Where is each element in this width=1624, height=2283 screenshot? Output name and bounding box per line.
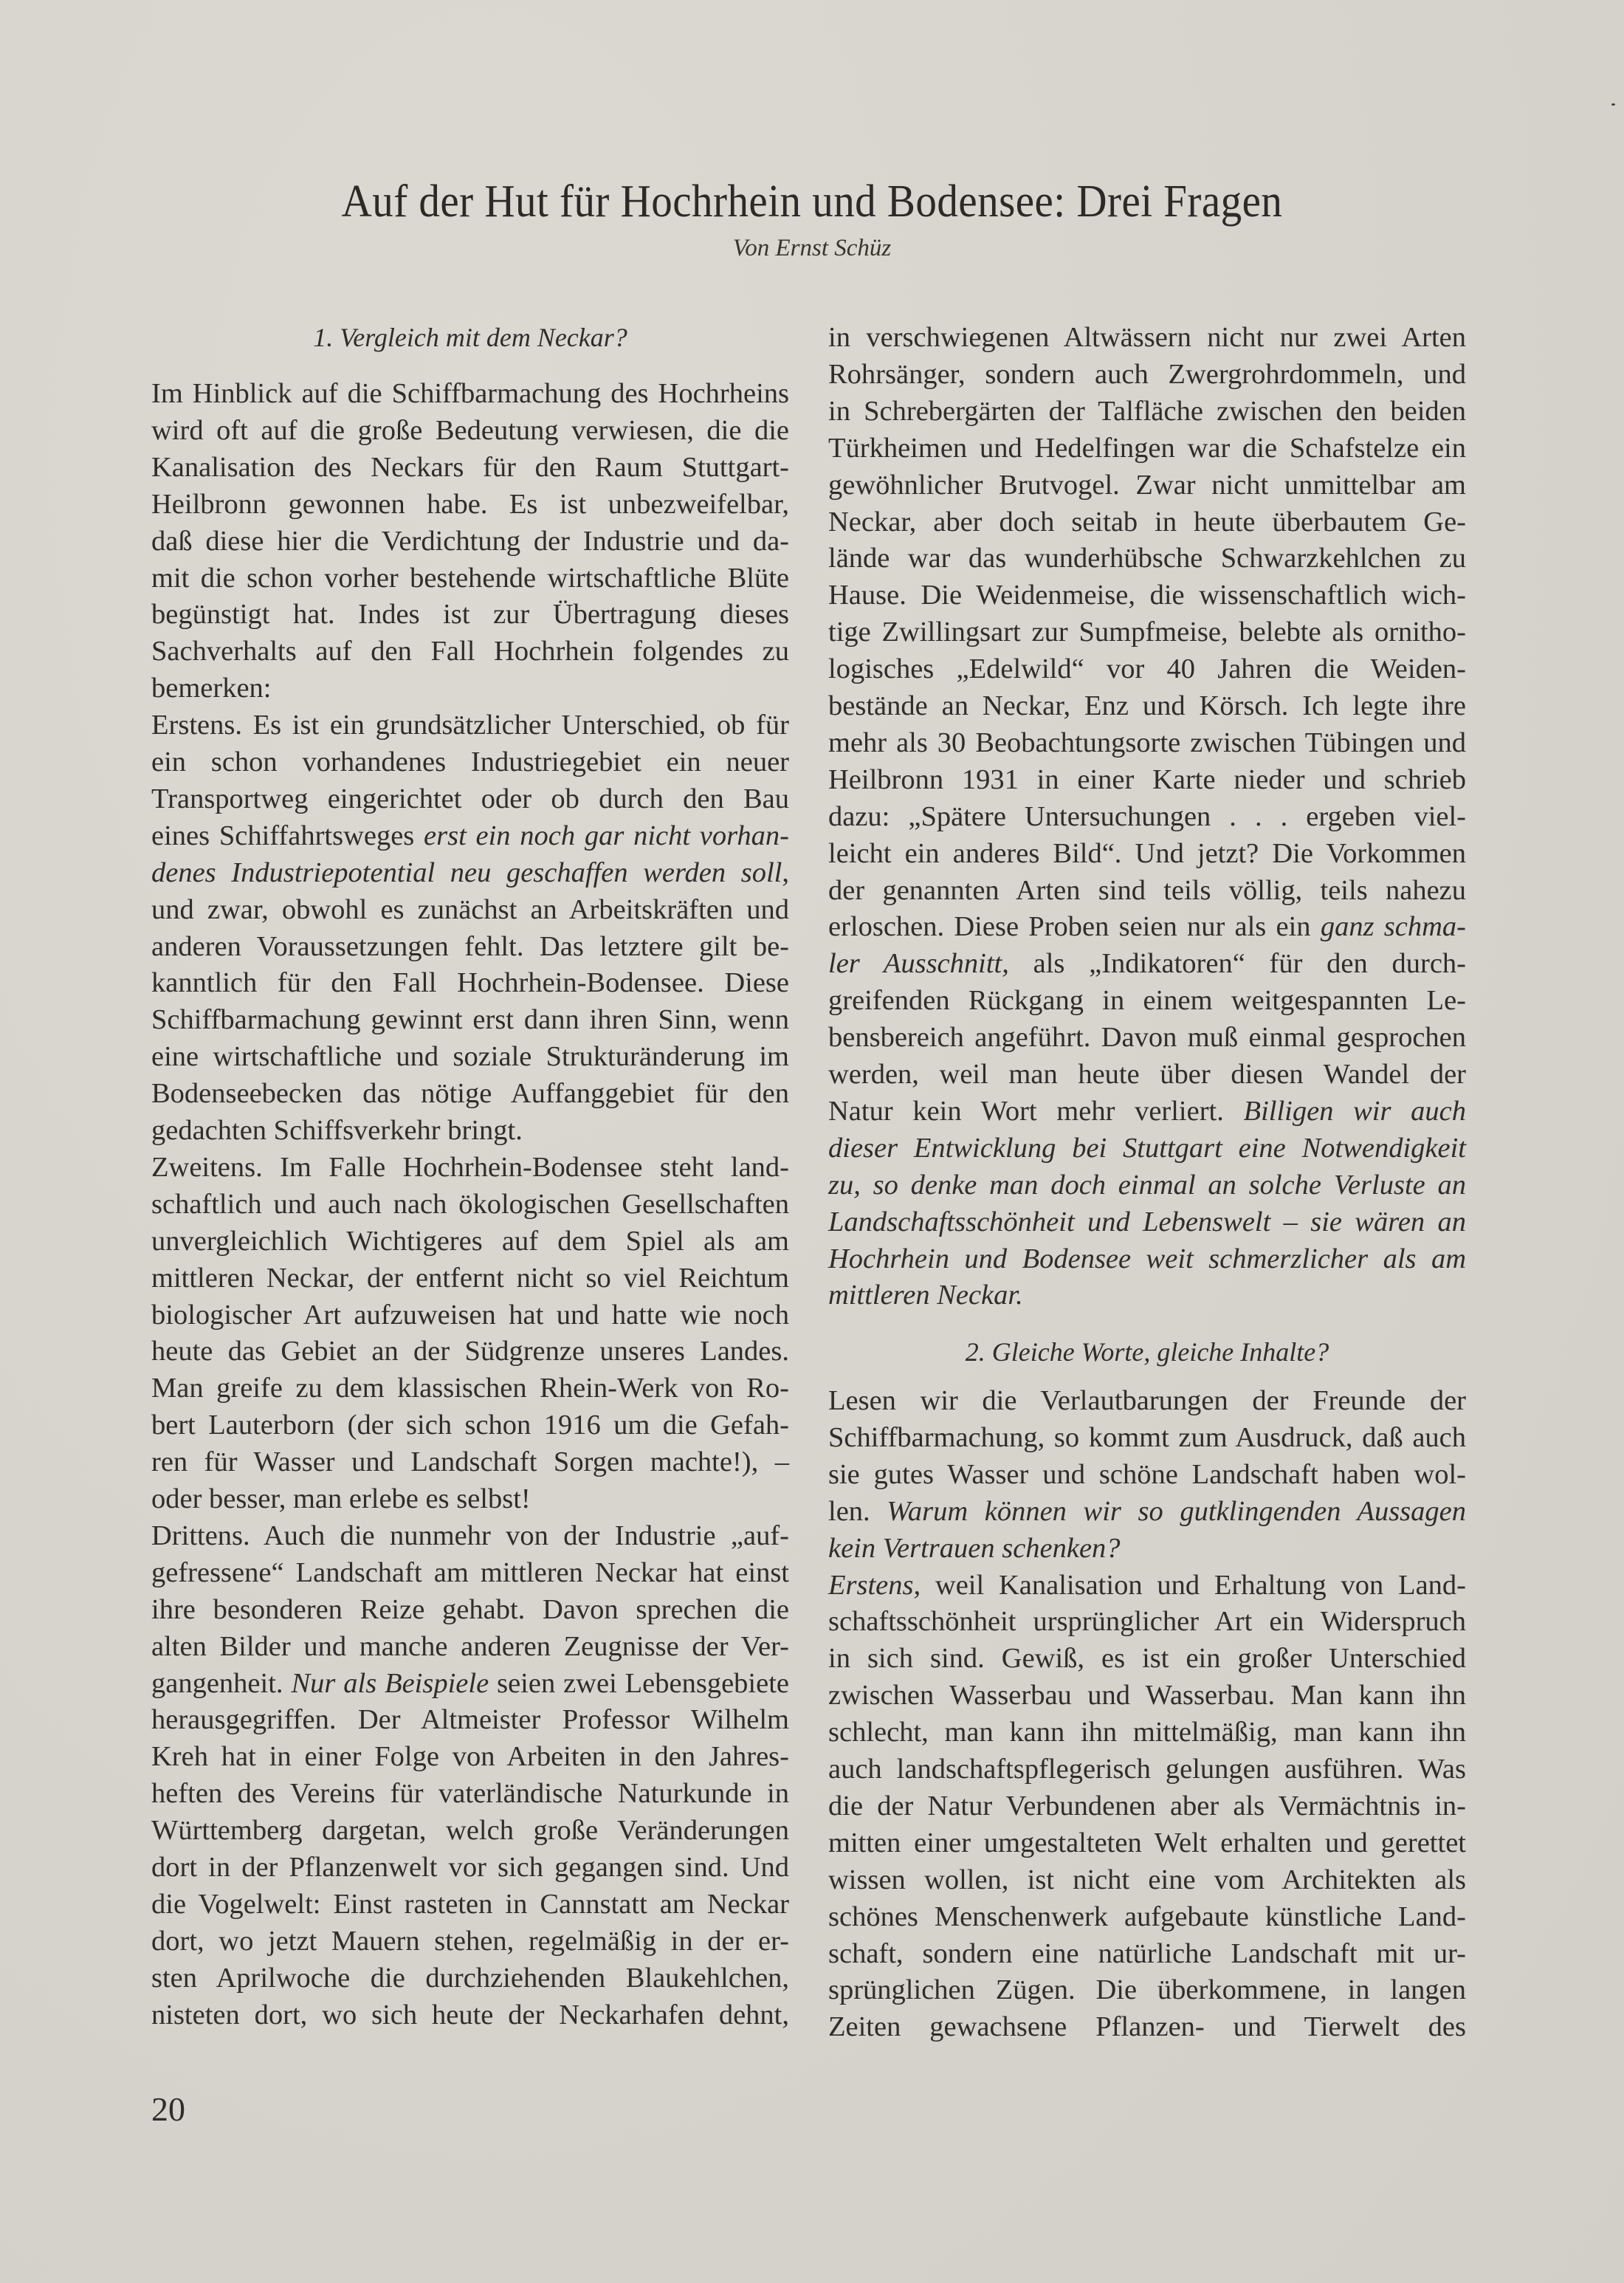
emphasis-text: Erstens, — [828, 1570, 921, 1601]
body-line: ler Ausschnitt, als „Indikatoren“ für de… — [828, 945, 1466, 982]
body-line: Transportweg eingerichtet oder ob durch … — [151, 780, 789, 817]
body-line: leicht ein anderes Bild“. Und jetzt? Die… — [828, 835, 1466, 872]
body-line: Heilbronn 1931 in einer Karte nieder und… — [828, 761, 1466, 798]
body-line: mittleren Neckar, der entfernt nicht so … — [151, 1260, 789, 1297]
emphasis-text: zu, so denke man doch einmal an solche V… — [828, 1170, 1466, 1201]
body-line: eine wirtschaftliche und soziale Struktu… — [151, 1038, 789, 1075]
emphasis-text: denes Industriepotential neu geschaffen … — [151, 857, 782, 888]
body-line: len. Warum können wir so gutklingenden A… — [828, 1493, 1466, 1530]
body-line: die der Natur Verbundenen aber als Vermä… — [828, 1788, 1466, 1824]
section-heading-2: 2. Gleiche Worte, gleiche Inhalte? — [828, 1333, 1466, 1370]
body-line: dazu: „Spätere Untersuchungen . . . erge… — [828, 798, 1466, 835]
body-line: Zweitens. Im Falle Hochrhein-Bodensee st… — [151, 1149, 789, 1186]
body-line: Hochrhein und Bodensee weit schmerzliche… — [828, 1240, 1466, 1277]
emphasis-text: ganz schma- — [1321, 911, 1466, 942]
body-line: Sachverhalts auf den Fall Hochrhein folg… — [151, 633, 789, 670]
body-line: erloschen. Diese Proben seien nur als ei… — [828, 908, 1466, 945]
body-line: Man greife zu dem klassischen Rhein-Werk… — [151, 1370, 789, 1407]
body-line: eines Schiffahrtsweges erst ein noch gar… — [151, 817, 789, 854]
body-line: in sich sind. Gewiß, es ist ein großer U… — [828, 1640, 1466, 1677]
emphasis-text: Landschaftsschönheit und Lebenswelt – si… — [828, 1206, 1466, 1237]
body-line: Kreh hat in einer Folge von Arbeiten in … — [151, 1738, 789, 1775]
body-line: zwischen Wasserbau und Wasserbau. Man ka… — [828, 1677, 1466, 1714]
body-line: oder besser, man erlebe es selbst! — [151, 1480, 789, 1517]
body-line: heften des Vereins für vaterländische Na… — [151, 1775, 789, 1812]
emphasis-text: kein Vertrauen schenken? — [828, 1533, 1121, 1564]
emphasis-text: Warum können wir so gutklingenden Aussag… — [887, 1496, 1466, 1527]
body-line: logisches „Edelwild“ vor 40 Jahren die W… — [828, 650, 1466, 687]
body-line: schaftsschönheit ursprünglicher Art ein … — [828, 1603, 1466, 1640]
emphasis-text: erst ein noch gar nicht vorhan- — [424, 820, 789, 851]
body-line: nisteten dort, wo sich heute der Neckarh… — [151, 1997, 789, 2033]
body-line: in Schrebergärten der Talfläche zwischen… — [828, 393, 1466, 430]
body-line: tige Zwillingsart zur Sumpfmeise, belebt… — [828, 614, 1466, 650]
article-title: Auf der Hut für Hochrhein und Bodensee: … — [65, 176, 1559, 228]
body-line: Zeiten gewachsene Pflanzen- und Tierwelt… — [828, 2008, 1466, 2045]
body-line: Drittens. Auch die nunmehr von der Indus… — [151, 1517, 789, 1554]
body-line: Rohrsänger, sondern auch Zwergrohrdommel… — [828, 356, 1466, 393]
body-line: biologischer Art aufzuweisen hat und hat… — [151, 1297, 789, 1333]
body-line: mittleren Neckar. — [828, 1277, 1466, 1314]
body-line: dort in der Pflanzenwelt vor sich gegang… — [151, 1849, 789, 1886]
body-line: Württemberg dargetan, welch große Veränd… — [151, 1812, 789, 1849]
body-line: Heilbronn gewonnen habe. Es ist unbezwei… — [151, 486, 789, 523]
body-line: ein schon vorhandenes Industriegebiet ei… — [151, 744, 789, 780]
body-line: daß diese hier die Verdichtung der Indus… — [151, 523, 789, 560]
body-line: greifenden Rückgang in einem weitgespann… — [828, 982, 1466, 1019]
body-line: Schiffbarmachung, so kommt zum Ausdruck,… — [828, 1419, 1466, 1456]
section-heading-1: 1. Vergleich mit dem Neckar? — [151, 319, 789, 356]
body-line: unvergleichlich Wichtigeres auf dem Spie… — [151, 1223, 789, 1260]
body-line: Erstens. Es ist ein grundsätzlicher Unte… — [151, 707, 789, 744]
emphasis-text: Billigen wir auch — [1244, 1096, 1466, 1127]
body-line: auch landschaftspflegerisch gelungen aus… — [828, 1751, 1466, 1788]
body-line: gedachten Schiffsverkehr bringt. — [151, 1112, 789, 1149]
body-line: bensbereich angeführt. Davon muß einmal … — [828, 1019, 1466, 1056]
body-line: denes Industriepotential neu geschaffen … — [151, 854, 789, 891]
body-line: die Vogelwelt: Einst rasteten in Cannsta… — [151, 1886, 789, 1923]
paper-speck — [1611, 103, 1615, 106]
emphasis-text: Nur als Beispiele — [291, 1668, 489, 1699]
body-line: gangenheit. Nur als Beispiele seien zwei… — [151, 1665, 789, 1702]
body-line: bemerken: — [151, 670, 789, 707]
body-line: mit die schon vorher bestehende wirtscha… — [151, 560, 789, 597]
body-line: Bodenseebecken das nötige Auffanggebiet … — [151, 1075, 789, 1112]
body-line: schlecht, man kann ihn mittelmäßig, man … — [828, 1714, 1466, 1751]
body-line: dort, wo jetzt Mauern stehen, regelmäßig… — [151, 1923, 789, 1960]
page-number: 20 — [151, 2090, 185, 2129]
body-line: schaft, sondern eine natürliche Landscha… — [828, 1935, 1466, 1972]
body-line: der genannten Arten sind teils völlig, t… — [828, 872, 1466, 909]
body-line: Landschaftsschönheit und Lebenswelt – si… — [828, 1204, 1466, 1240]
body-line: Hause. Die Weidenmeise, die wissenschaft… — [828, 577, 1466, 614]
body-line: kein Vertrauen schenken? — [828, 1530, 1466, 1567]
body-line: dieser Entwicklung bei Stuttgart eine No… — [828, 1130, 1466, 1167]
body-line: wird oft auf die große Bedeutung verwies… — [151, 412, 789, 449]
body-line: bert Lauterborn (der sich schon 1916 um … — [151, 1407, 789, 1443]
body-line: Türkheimen und Hedelfingen war die Schaf… — [828, 430, 1466, 467]
emphasis-text: dieser Entwicklung bei Stuttgart eine No… — [828, 1133, 1466, 1164]
body-line: und zwar, obwohl es zunächst an Arbeitsk… — [151, 891, 789, 928]
body-line: Lesen wir die Verlautbarungen der Freund… — [828, 1382, 1466, 1419]
body-line: kanntlich für den Fall Hochrhein-Bodense… — [151, 964, 789, 1001]
body-line: begünstigt hat. Indes ist zur Übertragun… — [151, 596, 789, 633]
body-line: Im Hinblick auf die Schiffbarmachung des… — [151, 375, 789, 412]
body-line: herausgegriffen. Der Altmeister Professo… — [151, 1701, 789, 1738]
body-line: Erstens, weil Kanalisation und Erhaltung… — [828, 1567, 1466, 1604]
body-line: Neckar, aber doch seitab in heute überba… — [828, 504, 1466, 540]
body-line: wissen wollen, ist nicht eine vom Archit… — [828, 1861, 1466, 1898]
emphasis-text: Hochrhein und Bodensee weit schmerzliche… — [828, 1243, 1466, 1274]
emphasis-text: ler Ausschnitt, — [828, 948, 1009, 979]
body-line: zu, so denke man doch einmal an solche V… — [828, 1167, 1466, 1204]
body-line: mehr als 30 Beobachtungsorte zwischen Tü… — [828, 724, 1466, 761]
body-line: alten Bilder und manche anderen Zeugniss… — [151, 1628, 789, 1665]
body-line: ren für Wasser und Landschaft Sorgen mac… — [151, 1443, 789, 1480]
emphasis-text: mittleren Neckar. — [828, 1280, 1023, 1311]
body-line: heute das Gebiet an der Südgrenze unsere… — [151, 1333, 789, 1370]
body-line: lände war das wunderhübsche Schwarzkehlc… — [828, 540, 1466, 577]
body-line: sie gutes Wasser und schöne Landschaft h… — [828, 1456, 1466, 1493]
body-line: sprünglichen Zügen. Die überkommene, in … — [828, 1971, 1466, 2008]
body-line: in verschwiegenen Altwässern nicht nur z… — [828, 319, 1466, 356]
body-line: anderen Voraussetzungen fehlt. Das letzt… — [151, 928, 789, 965]
body-line: sten Aprilwoche die durchziehenden Blauk… — [151, 1960, 789, 1997]
body-line: schaftlich und auch nach ökologischen Ge… — [151, 1186, 789, 1223]
body-line: Kanalisation des Neckars für den Raum St… — [151, 449, 789, 486]
body-line: gewöhnlicher Brutvogel. Zwar nicht unmit… — [828, 467, 1466, 504]
body-line: Schiffbarmachung gewinnt erst dann ihren… — [151, 1001, 789, 1038]
body-line: werden, weil man heute über diesen Wande… — [828, 1056, 1466, 1093]
body-line: schönes Menschenwerk aufgebaute künstlic… — [828, 1898, 1466, 1935]
body-line: bestände an Neckar, Enz und Körsch. Ich … — [828, 687, 1466, 724]
body-line: Natur kein Wort mehr verliert. Billigen … — [828, 1093, 1466, 1130]
body-line: gefressene“ Landschaft am mittleren Neck… — [151, 1554, 789, 1591]
body-line: ihre besonderen Reize gehabt. Davon spre… — [151, 1591, 789, 1628]
article-byline: Von Ernst Schüz — [0, 235, 1624, 262]
body-line: mitten einer umgestalteten Welt erhalten… — [828, 1824, 1466, 1861]
